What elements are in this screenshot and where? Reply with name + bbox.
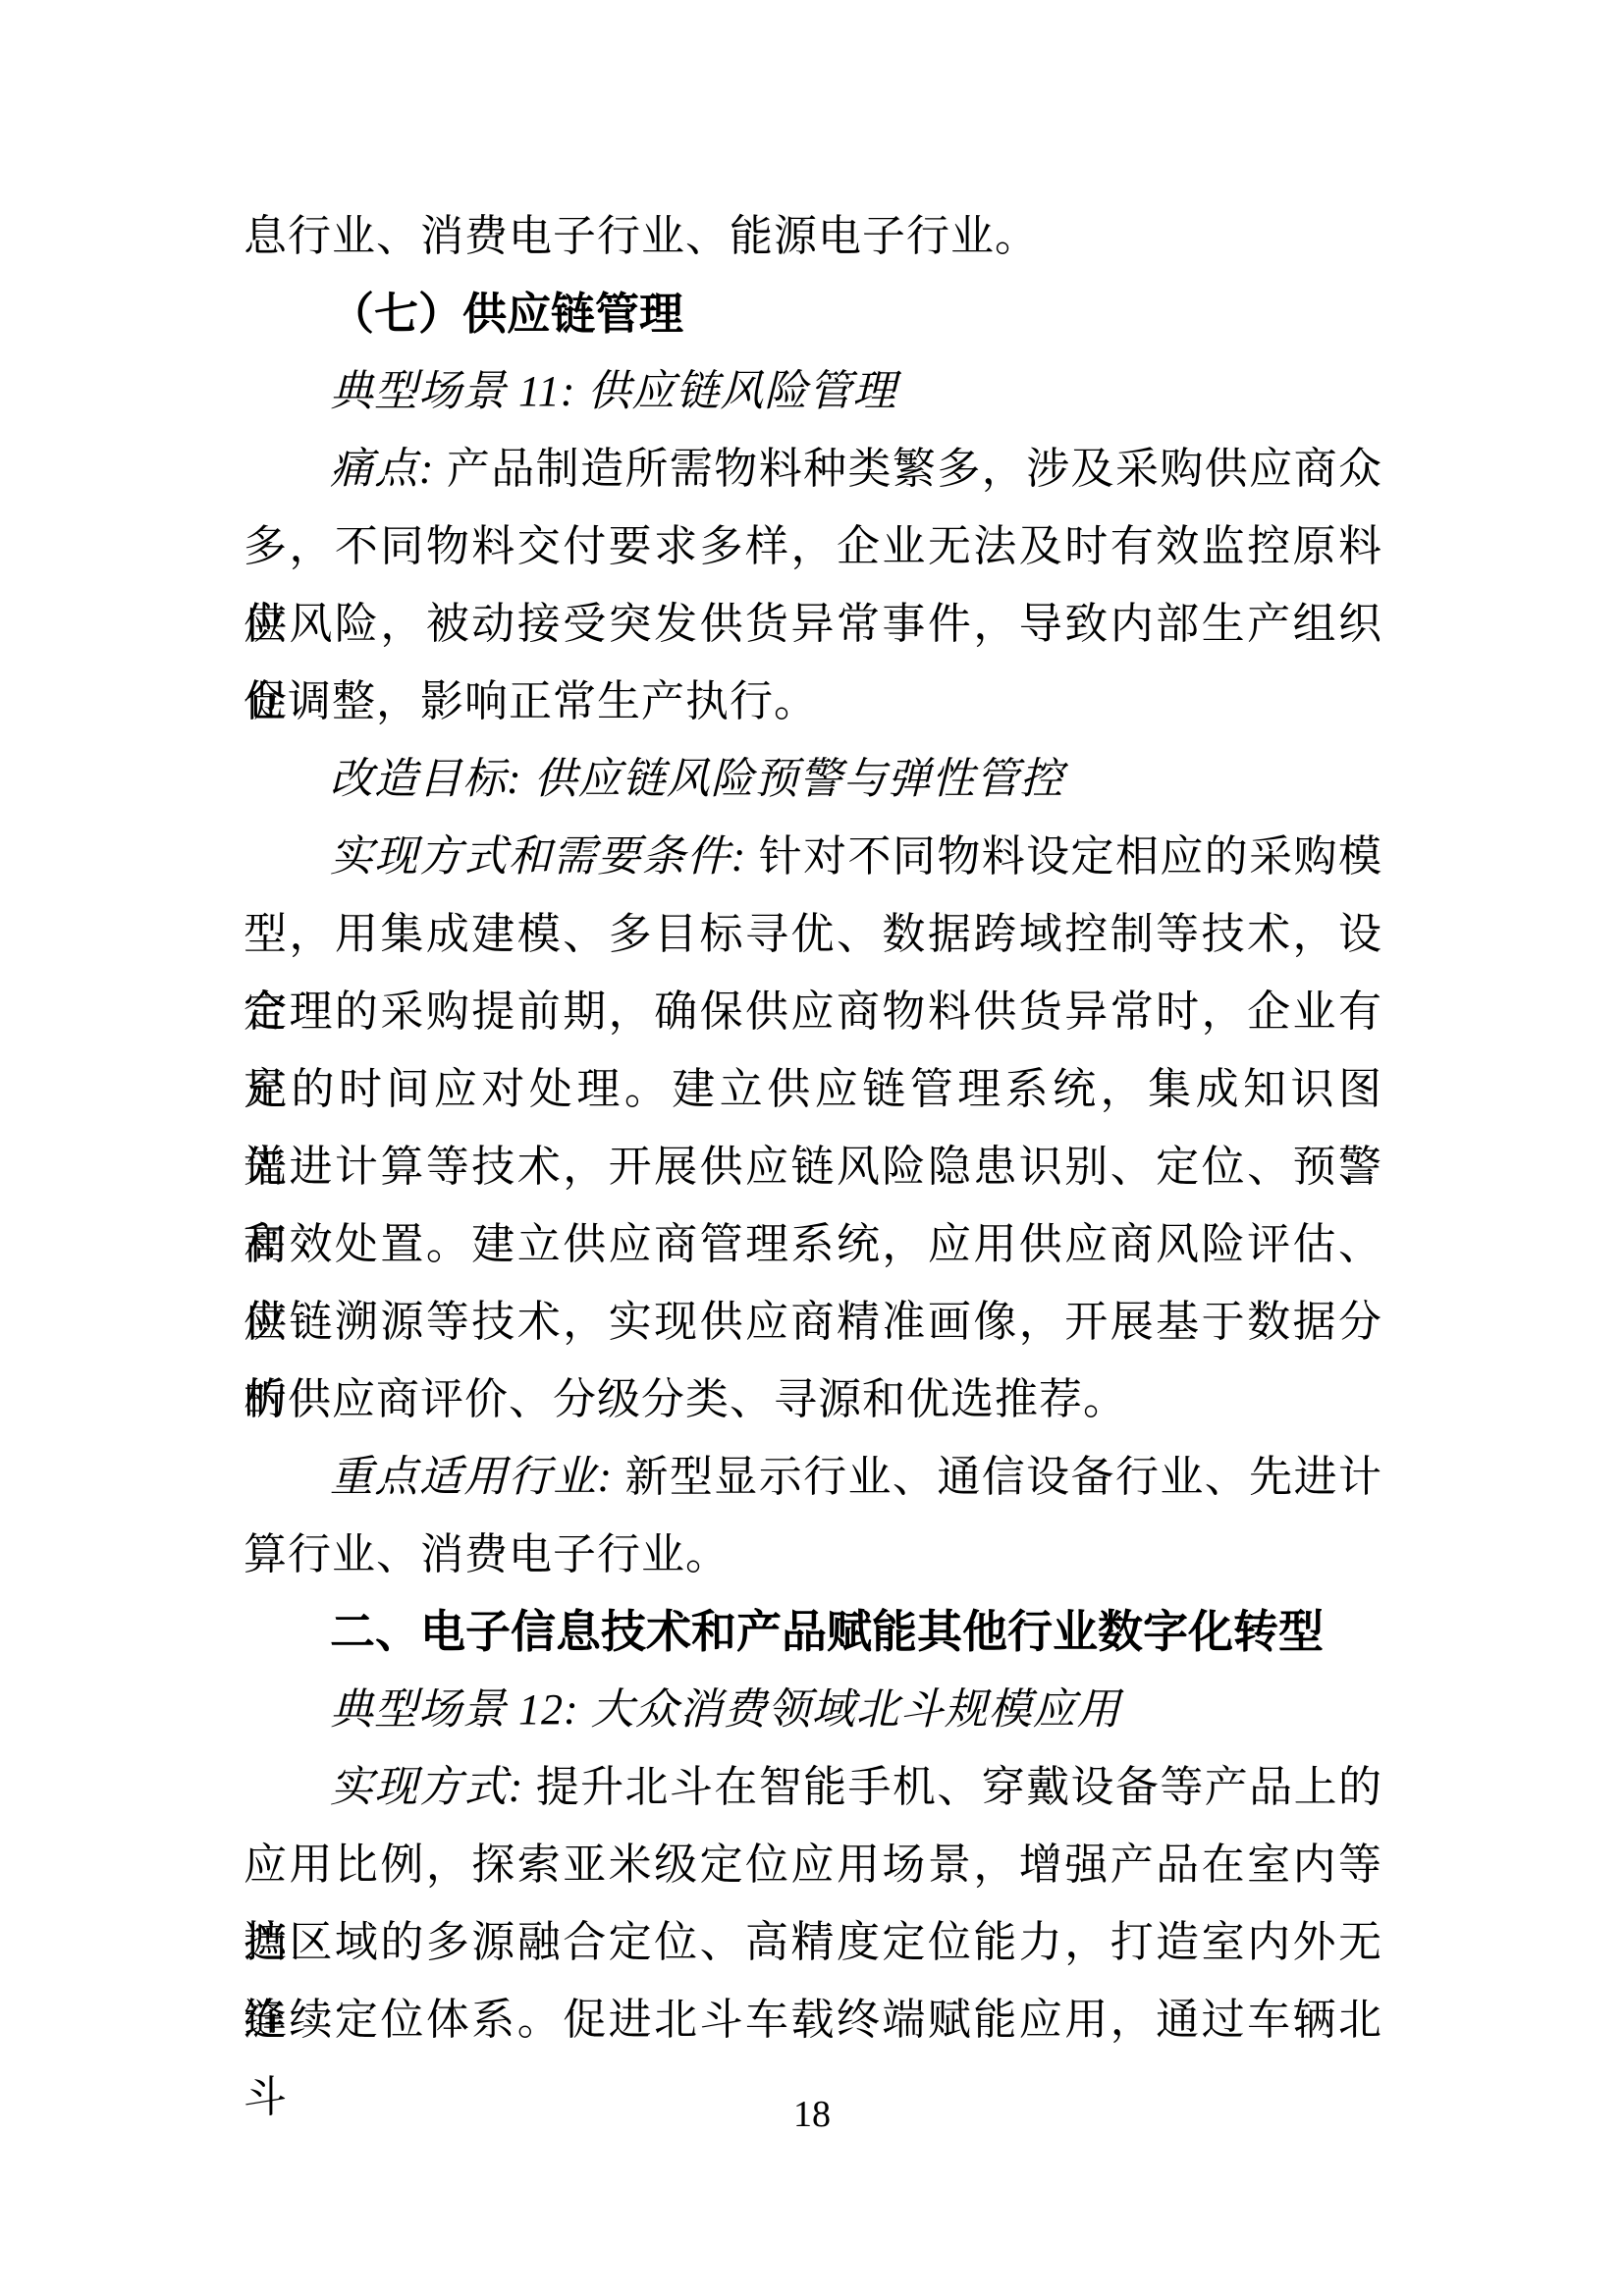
line-text: 息行业、消费电子行业、能源电子行业。 xyxy=(244,212,1039,260)
lead-label: 痛点: xyxy=(330,445,447,493)
text-line: 型，用集成建模、多目标寻优、数据跨域控制等技术，设定 xyxy=(244,895,1382,973)
line-text: 的供应商评价、分级分类、寻源和优选推荐。 xyxy=(244,1375,1127,1423)
text-line: 高效处置。建立供应商管理系统，应用供应商风险评估、供 xyxy=(244,1205,1382,1283)
text-line: 连续定位体系。促进北斗车载终端赋能应用，通过车辆北斗 xyxy=(244,1981,1382,2058)
lead-label: 典型场景 12: xyxy=(330,1685,591,1734)
scenario-11-line: 典型场景 11: 供应链风险管理 xyxy=(244,352,1382,430)
section-heading-part-two: 二、电子信息技术和产品赋能其他行业数字化转型 xyxy=(244,1593,1382,1671)
text-line: 息行业、消费电子行业、能源电子行业。 xyxy=(244,197,1382,275)
lead-label: 重点适用行业: xyxy=(330,1453,625,1501)
implementation-line: 实现方式和需要条件: 针对不同物料设定相应的采购模 xyxy=(244,818,1382,895)
pain-point-line: 痛点: 产品制造所需物料种类繁多，涉及采购供应商众 xyxy=(244,430,1382,507)
heading-text: （七）供应链管理 xyxy=(330,289,683,339)
line-text: 针对不同物料设定相应的采购模 xyxy=(759,832,1382,881)
text-line: 多，不同物料交付要求多样，企业无法及时有效监控原料供 xyxy=(244,507,1382,585)
lead-label: 典型场景 11: xyxy=(330,367,587,415)
heading-text: 二、电子信息技术和产品赋能其他行业数字化转型 xyxy=(330,1606,1324,1657)
line-text: 促调整，影响正常生产执行。 xyxy=(244,677,818,725)
line-text: 产品制造所需物料种类繁多，涉及采购供应商众 xyxy=(447,445,1382,493)
document-page: 息行业、消费电子行业、能源电子行业。 （七）供应链管理 典型场景 11: 供应链… xyxy=(0,0,1624,2296)
key-industries-line: 重点适用行业: 新型显示行业、通信设备行业、先进计 xyxy=(244,1438,1382,1516)
text-line: 的供应商评价、分级分类、寻源和优选推荐。 xyxy=(244,1361,1382,1438)
text-line: 促调整，影响正常生产执行。 xyxy=(244,663,1382,740)
page-number: 18 xyxy=(0,2091,1624,2138)
text-line: 算行业、消费电子行业。 xyxy=(244,1516,1382,1593)
line-text: 大众消费领域北斗规模应用 xyxy=(591,1685,1121,1734)
goal-line: 改造目标: 供应链风险预警与弹性管控 xyxy=(244,740,1382,818)
text-line: 应用比例，探索亚米级定位应用场景，增强产品在室内等遮 xyxy=(244,1826,1382,1903)
text-line: 应链溯源等技术，实现供应商精准画像，开展基于数据分析 xyxy=(244,1283,1382,1361)
section-heading-supply-chain: （七）供应链管理 xyxy=(244,275,1382,352)
text-line: 挡区域的多源融合定位、高精度定位能力，打造室内外无缝 xyxy=(244,1903,1382,1981)
text-line: 先进计算等技术，开展供应链风险隐患识别、定位、预警和 xyxy=(244,1128,1382,1205)
text-line: 应风险，被动接受突发供货异常事件，导致内部生产组织仓 xyxy=(244,585,1382,663)
scenario-12-line: 典型场景 12: 大众消费领域北斗规模应用 xyxy=(244,1671,1382,1748)
line-text: 新型显示行业、通信设备行业、先进计 xyxy=(625,1453,1383,1501)
document-body: 息行业、消费电子行业、能源电子行业。 （七）供应链管理 典型场景 11: 供应链… xyxy=(244,197,1382,2058)
lead-label: 实现方式和需要条件: xyxy=(330,832,759,881)
lead-label: 实现方式: xyxy=(330,1763,536,1811)
line-text: 供应链风险管理 xyxy=(587,367,896,415)
line-text: 算行业、消费电子行业。 xyxy=(244,1530,730,1578)
text-line: 足的时间应对处理。建立供应链管理系统，集成知识图谱、 xyxy=(244,1050,1382,1128)
implementation-line: 实现方式: 提升北斗在智能手机、穿戴设备等产品上的 xyxy=(244,1748,1382,1826)
line-text: 提升北斗在智能手机、穿戴设备等产品上的 xyxy=(536,1763,1382,1811)
lead-label: 改造目标: xyxy=(330,755,534,803)
text-line: 合理的采购提前期，确保供应商物料供货异常时，企业有充 xyxy=(244,973,1382,1050)
line-text: 供应链风险预警与弹性管控 xyxy=(534,755,1064,803)
